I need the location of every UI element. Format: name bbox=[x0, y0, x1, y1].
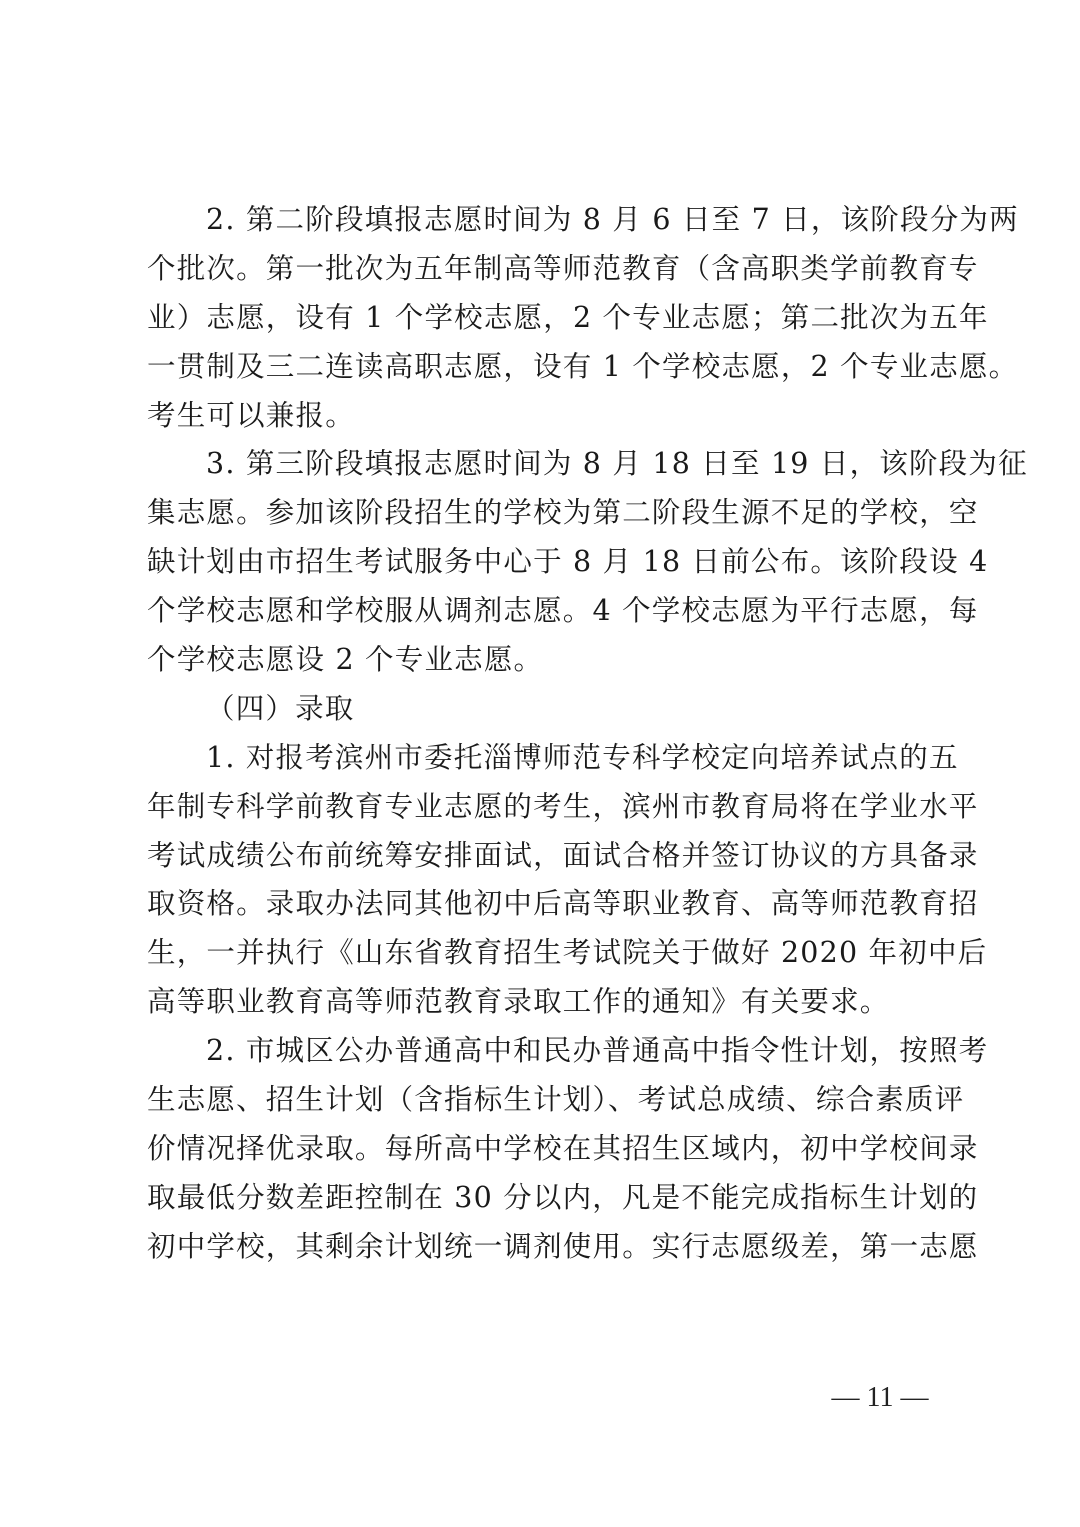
page-number: — 11 — bbox=[810, 1378, 950, 1418]
text-line: 个学校志愿和学校服从调剂志愿。4 个学校志愿为平行志愿，每 bbox=[147, 587, 947, 636]
text-line: 3. 第三阶段填报志愿时间为 8 月 18 日至 19 日，该阶段为征 bbox=[147, 440, 947, 489]
text-line: 个学校志愿设 2 个专业志愿。 bbox=[147, 636, 947, 685]
text-line: 1. 对报考滨州市委托淄博师范专科学校定向培养试点的五 bbox=[147, 734, 947, 783]
paragraph-stage-3: 3. 第三阶段填报志愿时间为 8 月 18 日至 19 日，该阶段为征 集志愿。… bbox=[147, 440, 947, 684]
text-line: 取资格。录取办法同其他初中后高等职业教育、高等师范教育招 bbox=[147, 880, 947, 929]
text-line: 生，一并执行《山东省教育招生考试院关于做好 2020 年初中后 bbox=[147, 929, 947, 978]
text-line: 考试成绩公布前统筹安排面试，面试合格并签订协议的方具备录 bbox=[147, 832, 947, 881]
text-line: 初中学校，其剩余计划统一调剂使用。实行志愿级差，第一志愿 bbox=[147, 1223, 947, 1272]
document-body: 2. 第二阶段填报志愿时间为 8 月 6 日至 7 日，该阶段分为两 个批次。第… bbox=[147, 196, 947, 1272]
text-line: 价情况择优录取。每所高中学校在其招生区域内，初中学校间录 bbox=[147, 1125, 947, 1174]
text-line: 高等职业教育高等师范教育录取工作的通知》有关要求。 bbox=[147, 978, 947, 1027]
text-line: 缺计划由市招生考试服务中心于 8 月 18 日前公布。该阶段设 4 bbox=[147, 538, 947, 587]
paragraph-stage-2: 2. 第二阶段填报志愿时间为 8 月 6 日至 7 日，该阶段分为两 个批次。第… bbox=[147, 196, 947, 440]
text-line: 个批次。第一批次为五年制高等师范教育（含高职类学前教育专 bbox=[147, 245, 947, 294]
paragraph-admission-1: 1. 对报考滨州市委托淄博师范专科学校定向培养试点的五 年制专科学前教育专业志愿… bbox=[147, 734, 947, 1027]
document-page: 2. 第二阶段填报志愿时间为 8 月 6 日至 7 日，该阶段分为两 个批次。第… bbox=[0, 0, 1080, 1527]
text-line: 考生可以兼报。 bbox=[147, 392, 947, 441]
section-heading-admission: （四）录取 bbox=[147, 685, 947, 734]
text-line: 取最低分数差距控制在 30 分以内，凡是不能完成指标生计划的 bbox=[147, 1174, 947, 1223]
text-line: 年制专科学前教育专业志愿的考生，滨州市教育局将在学业水平 bbox=[147, 783, 947, 832]
text-line: 集志愿。参加该阶段招生的学校为第二阶段生源不足的学校，空 bbox=[147, 489, 947, 538]
text-line: 2. 第二阶段填报志愿时间为 8 月 6 日至 7 日，该阶段分为两 bbox=[147, 196, 947, 245]
section-heading: （四）录取 bbox=[147, 685, 947, 734]
text-line: 2. 市城区公办普通高中和民办普通高中指令性计划，按照考 bbox=[147, 1027, 947, 1076]
text-line: 生志愿、招生计划（含指标生计划）、考试总成绩、综合素质评 bbox=[147, 1076, 947, 1125]
paragraph-admission-2: 2. 市城区公办普通高中和民办普通高中指令性计划，按照考 生志愿、招生计划（含指… bbox=[147, 1027, 947, 1271]
text-line: 业）志愿，设有 1 个学校志愿，2 个专业志愿；第二批次为五年 bbox=[147, 294, 947, 343]
text-line: 一贯制及三二连读高职志愿，设有 1 个学校志愿，2 个专业志愿。 bbox=[147, 343, 947, 392]
